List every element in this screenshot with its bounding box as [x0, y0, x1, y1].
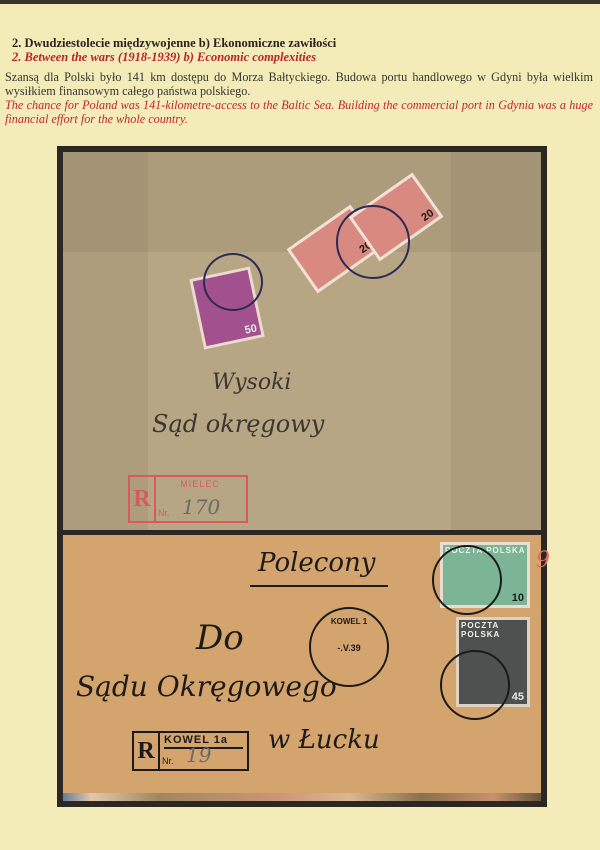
side-mark: 9 [536, 548, 550, 573]
page-header: 2. Dwudziestolecie międzywojenne b) Ekon… [12, 36, 592, 64]
intro-polish: Szansą dla Polski było 141 km dostępu do… [5, 70, 593, 98]
registration-label-mielec: R MIELEC Nr. 170 [128, 475, 248, 523]
address-line-1: Wysoki [212, 370, 291, 395]
title-polish: 2. Dwudziestolecie międzywojenne b) Ekon… [12, 36, 592, 50]
postmark-kowel-on-stamp-2 [440, 650, 510, 720]
endorsement-polecony: Polecony [258, 548, 375, 578]
intro-english: The chance for Poland was 141-kilometre-… [5, 98, 593, 126]
registration-label-kowel: R KOWEL 1a Nr. 19 [132, 731, 249, 771]
postmark-mielec-large [336, 205, 410, 279]
intro-text: Szansą dla Polski było 141 km dostępu do… [5, 70, 593, 126]
address-line-town: w Łucku [268, 725, 380, 755]
postmark-mielec-small [203, 253, 263, 311]
title-english: 2. Between the wars (1918-1939) b) Econo… [12, 50, 592, 64]
address-line-do: Do [196, 618, 244, 658]
endorsement-underline [250, 585, 388, 587]
postmark-kowel-on-stamp-1 [432, 545, 502, 615]
address-line-court: Sądu Okręgowego [76, 670, 337, 703]
top-border [0, 0, 600, 4]
address-line-2: Sąd okręgowy [152, 410, 324, 438]
